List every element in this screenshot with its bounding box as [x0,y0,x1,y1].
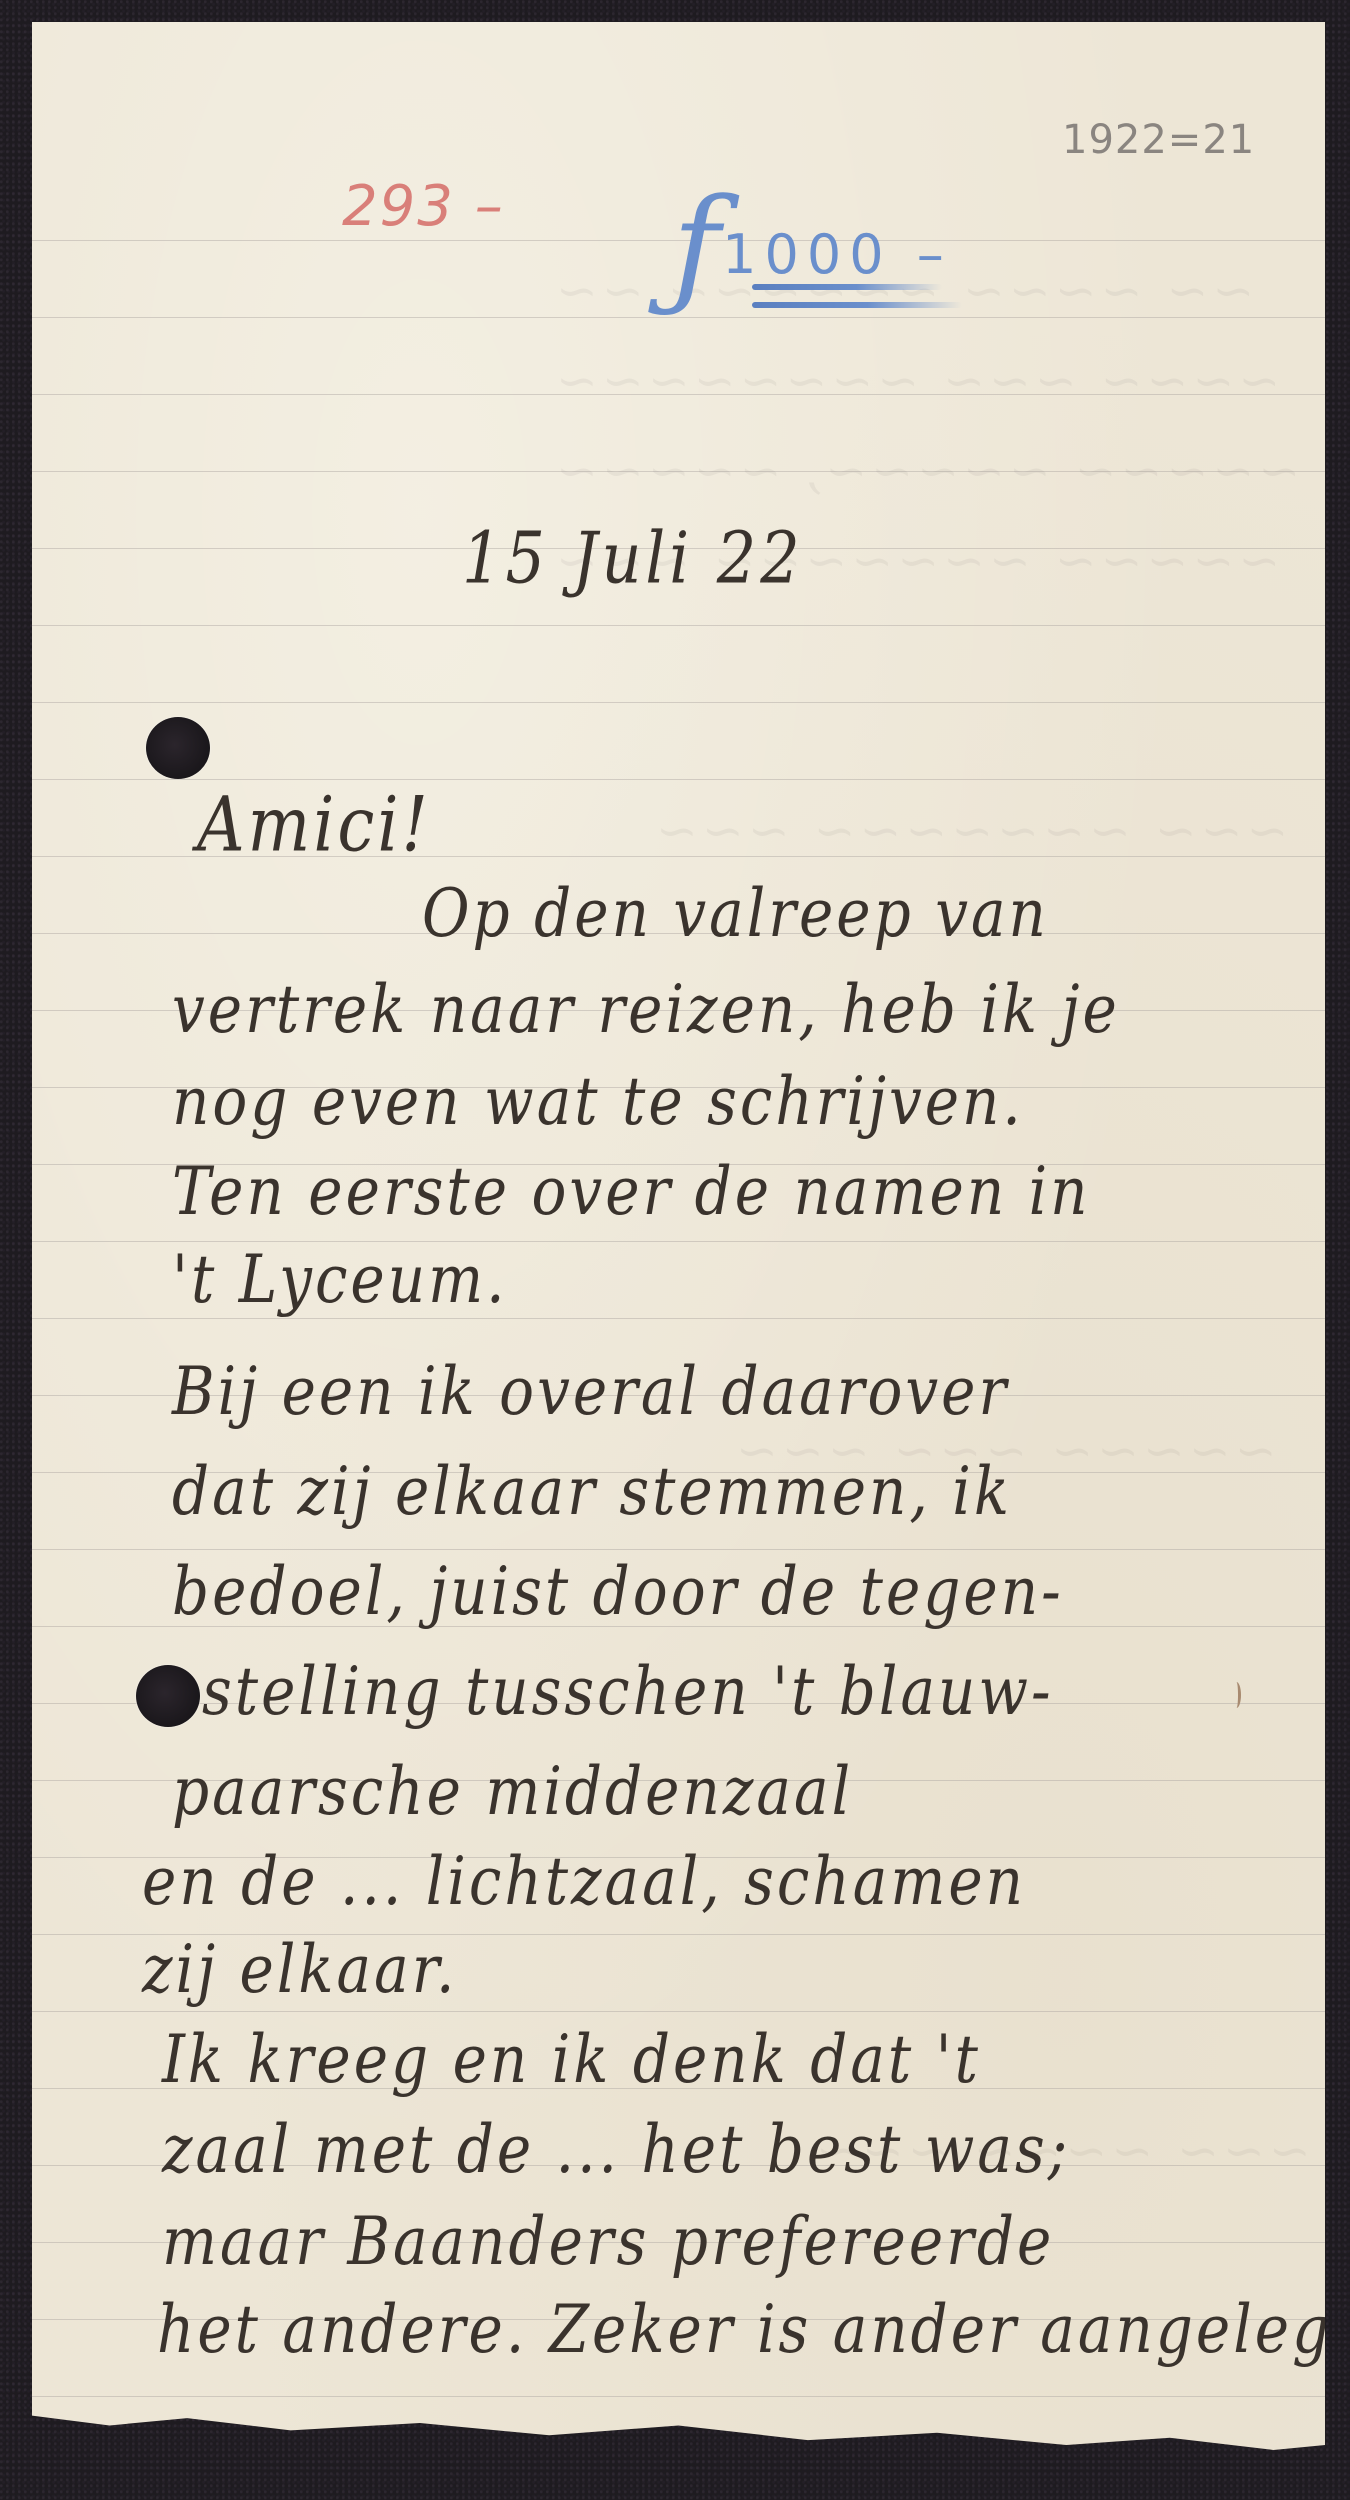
letter-line: Bij een ik overal daarover [172,1352,1009,1430]
ruled-line [32,2011,1325,2012]
letter-date: 15 Juli 22 [462,516,804,600]
price-underline [752,302,962,308]
bleed-through-text: ~~~ ~~~~~~~ ~~~ [652,802,1288,860]
letter-line: 't Lyceum. [172,1240,508,1318]
price-value: 1000 – [722,223,952,286]
bleed-through-text: ~~~~~ ~~~~~, ~~~~~ [552,442,1300,500]
punch-hole [136,1665,200,1727]
reference-annotation: 1922=21 [1062,117,1255,163]
letter-line: maar Baanders prefereerde [162,2202,1054,2280]
letter-line: bedoel, juist door de tegen- [172,1552,1064,1630]
letter-salutation: Amici! [197,780,431,869]
letter-line: paarsche middenzaal [172,1752,853,1830]
ruled-line [32,1318,1325,1319]
letter-line: Op den valreep van [422,874,1049,952]
letter-line: het andere. Zeker is ander aangelegd [157,2290,1350,2368]
letter-line: stelling tusschen 't blauw- [202,1652,1054,1730]
catalog-number-annotation: 293 – [342,174,505,239]
ruled-line [32,702,1325,703]
ruled-line [32,1549,1325,1550]
letter-line: zij elkaar. [142,1930,458,2008]
ruled-line [32,2396,1325,2397]
price-annotation: ƒ1000 – [672,152,952,304]
price-underline [752,284,942,290]
letter-line: zaal met de ... het best was; [162,2110,1070,2188]
letter-line: Ik kreeg en ik denk dat 't [162,2020,981,2098]
ruled-line [32,625,1325,626]
letter-line: nog even wat te schrijven. [172,1062,1024,1140]
letter-line: vertrek naar reizen, heb ik je [172,970,1120,1048]
letter-line: dat zij elkaar stemmen, ik [172,1452,1012,1530]
letter-line: en de ... lichtzaal, schamen [142,1842,1026,1920]
punch-hole [146,717,210,779]
florin-symbol: ƒ [672,170,720,322]
bleed-through-text: ~~~~ ~~~ ~~~~~~~~ [552,352,1280,410]
letter-page: ~~ ~~~~ ~~~~~~ ~~ ~~~~ ~~~ ~~~~~~~~ ~~~~… [32,22,1325,2472]
stray-mark [1232,1682,1241,1708]
letter-line: Ten eerste over de namen in [172,1152,1091,1230]
